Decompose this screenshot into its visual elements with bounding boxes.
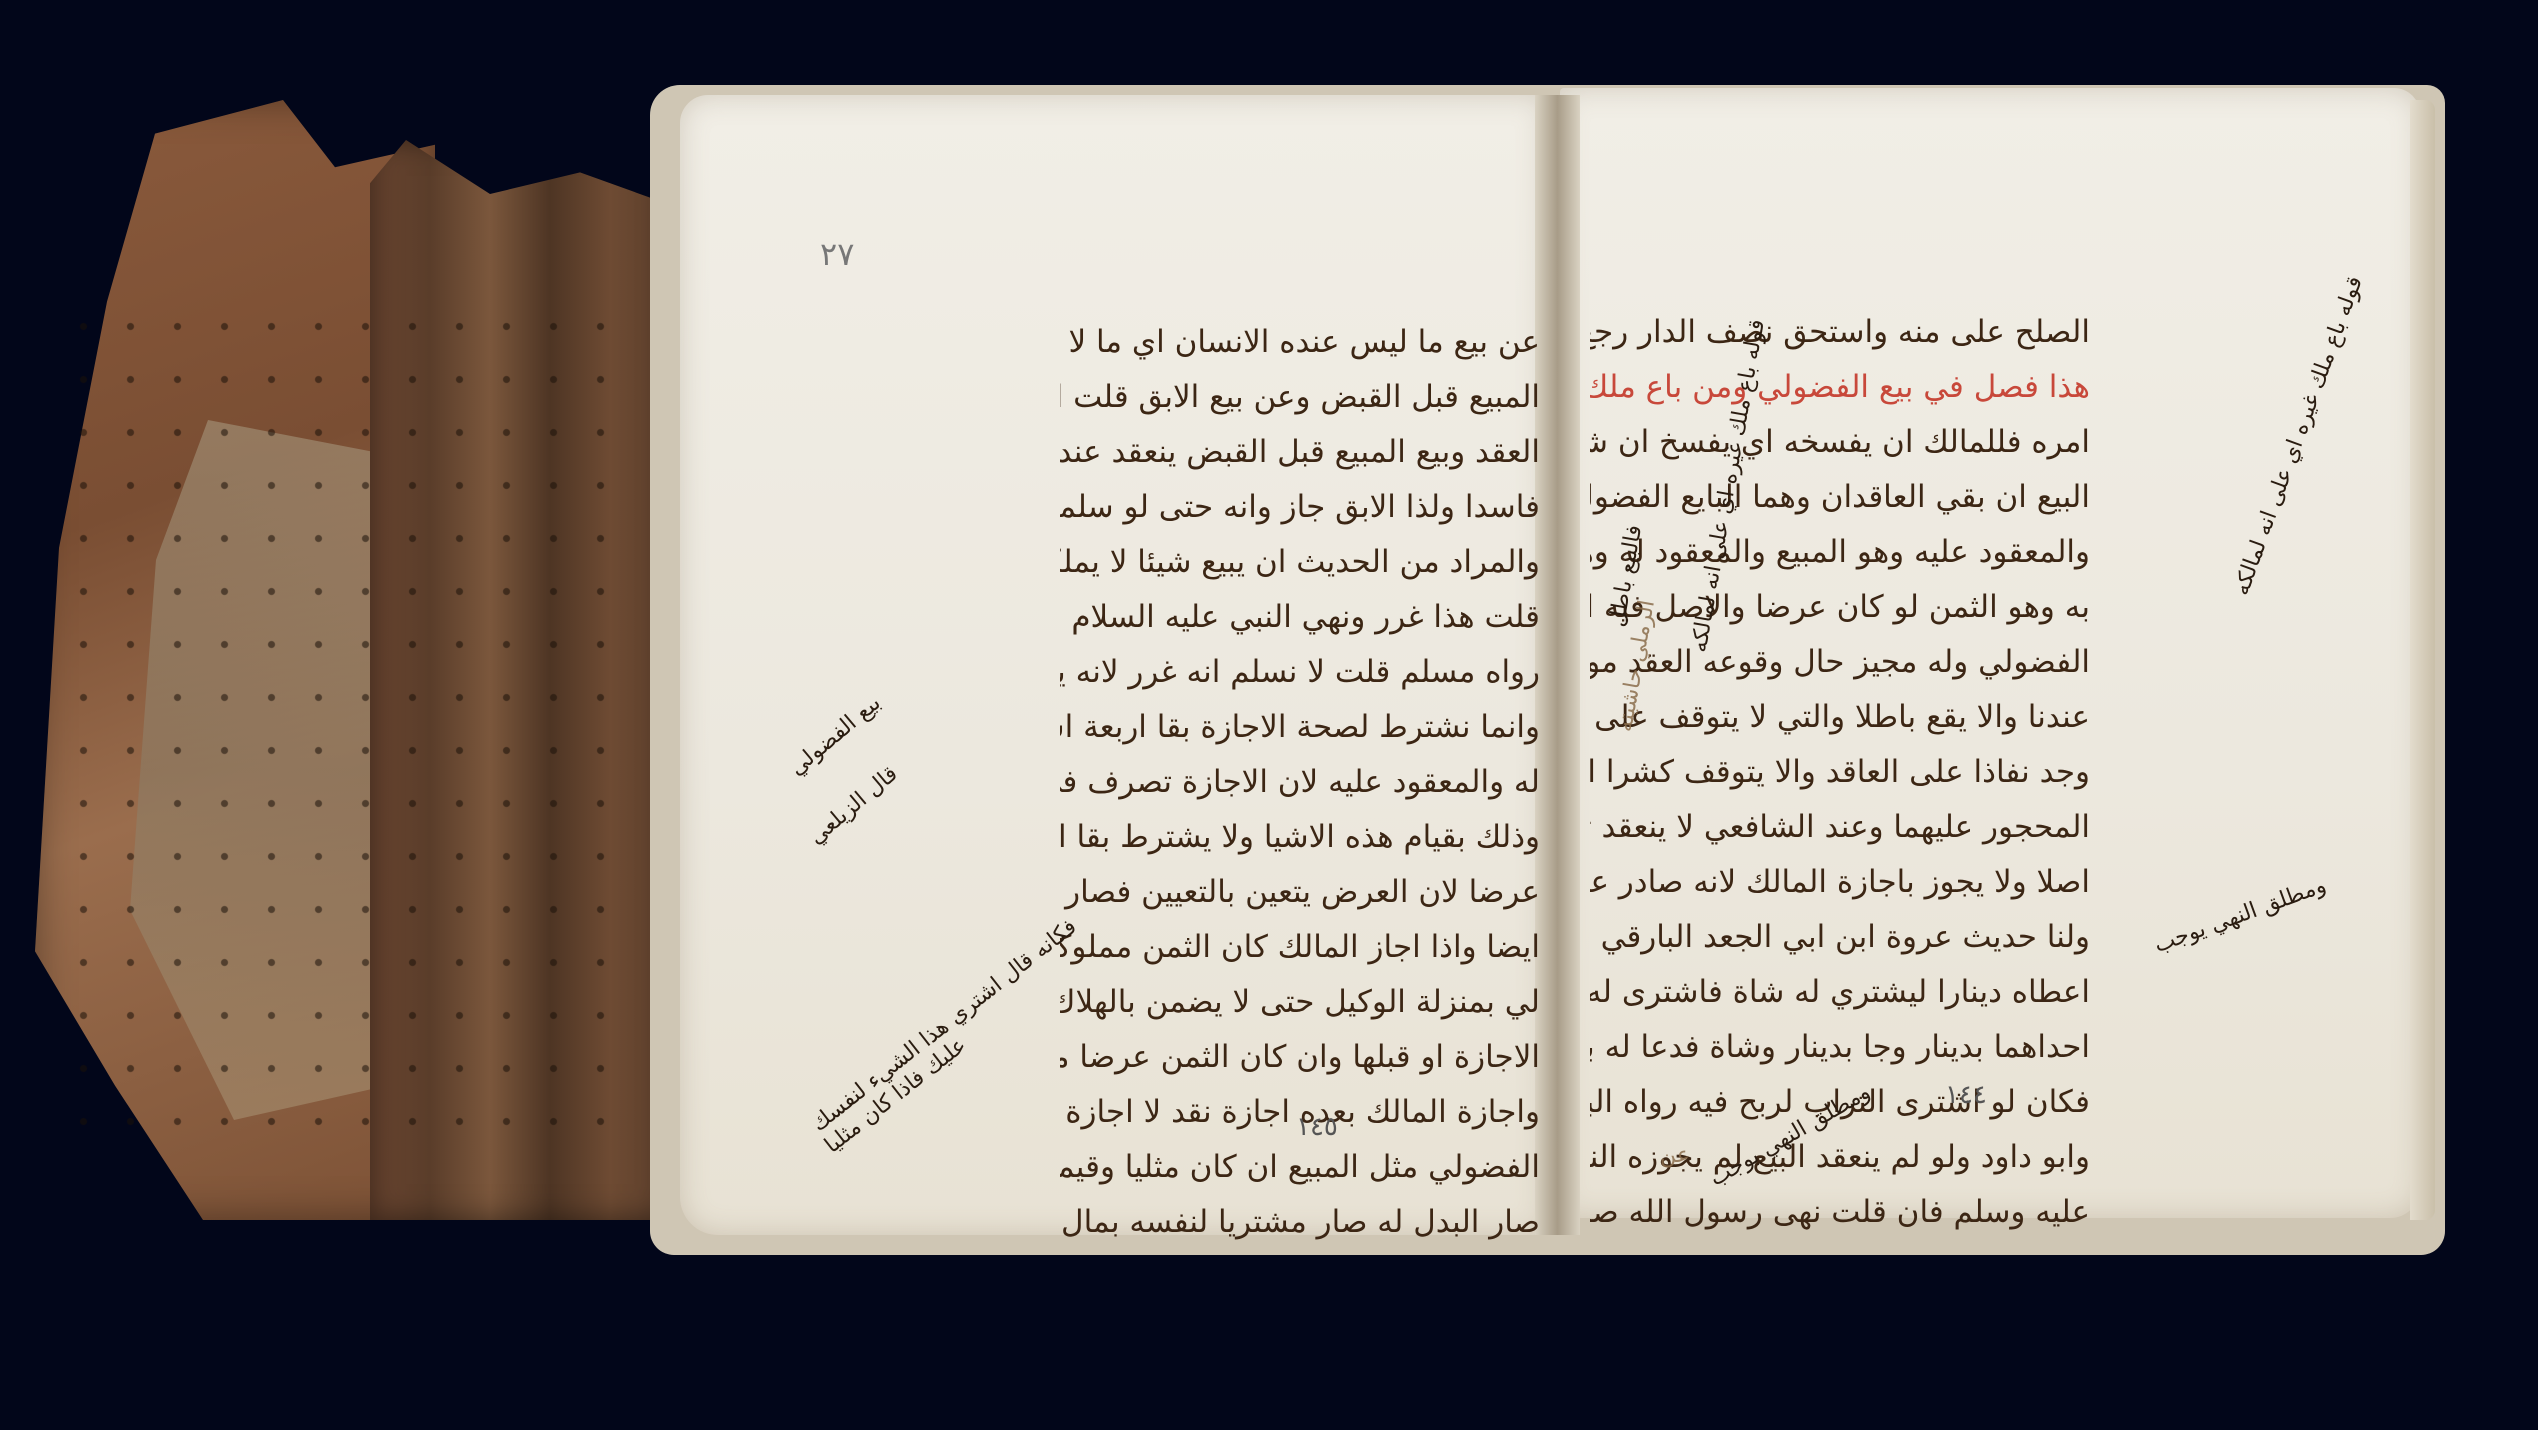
fore-edge xyxy=(2410,100,2435,1220)
text-line: ايضا واذا اجاز المالك كان الثمن مملوكا ل… xyxy=(1060,920,1540,975)
text-line: له والمعقود عليه لان الاجازة تصرف في الع… xyxy=(1060,755,1540,810)
text-line: عندنا والا يقع باطلا والتي لا يتوقف على … xyxy=(1590,690,2090,745)
text-line: الاجازة او قبلها وان كان الثمن عرضا معين… xyxy=(1060,1030,1540,1085)
left-page-main-text: عن بيع ما ليس عنده الانسان اي ما لا يملك… xyxy=(1060,315,1540,1250)
pencil-folio-mark: ٢٧ xyxy=(820,235,854,273)
text-line-rubric: هذا فصل في بيع الفضولي ومن باع ملك غيره … xyxy=(1590,360,2090,415)
text-line: الفضولي وله مجيز حال وقوعه العقد موقوفا … xyxy=(1590,635,2090,690)
text-line: امره فللمالك ان يفسخه اي يفسخ ان شاء وان… xyxy=(1590,415,2090,470)
text-line: عليه وسلم فان قلت نهى رسول الله صلى الله… xyxy=(1590,1185,2090,1240)
wormhole-damage xyxy=(60,300,620,1160)
text-line: وانما نشترط لصحة الاجازة بقا اربعة اشيا … xyxy=(1060,700,1540,755)
text-line: اعطاه دينارا ليشتري له شاة فاشترى له به … xyxy=(1590,965,2090,1020)
right-margin-note: عن xyxy=(1660,1140,1690,1172)
manuscript-photo: ٢٧ عن بيع ما ليس عنده الانسان اي ما لا ي… xyxy=(0,0,2538,1430)
text-line: المبيع قبل القبض وعن بيع الابق قلت الكلا… xyxy=(1060,370,1540,425)
text-line: الفضولي مثل المبيع ان كان مثليا وقيمته ا… xyxy=(1060,1140,1540,1195)
left-page-number: ١٤٥ xyxy=(1296,1112,1338,1142)
text-line: البيع ان بقي العاقدان وهما البايع الفضول… xyxy=(1590,470,2090,525)
text-line: به وهو الثمن لو كان عرضا والاصل فيه ان ك… xyxy=(1590,580,2090,635)
text-line: اصلا ولا يجوز باجازة المالك لانه صادر عن… xyxy=(1590,855,2090,910)
text-line: عرضا لان العرض يتعين بالتعيين فصار كالمب… xyxy=(1060,865,1540,920)
text-line: صار البدل له صار مشتريا لنفسه بمال الغير… xyxy=(1060,1195,1540,1250)
text-line: والمراد من الحديث ان يبيع شيئا لا يملكه … xyxy=(1060,535,1540,590)
text-line: لي بمنزلة الوكيل حتى لا يضمن بالهلاك في … xyxy=(1060,975,1540,1030)
text-line: وجد نفاذا على العاقد والا يتوقف كشرا الع… xyxy=(1590,745,2090,800)
book-gutter xyxy=(1535,95,1580,1235)
text-line: المحجور عليهما وعند الشافعي لا ينعقد تصر… xyxy=(1590,800,2090,855)
text-line: احداهما بدينار وجا بدينار وشاة فدعا له ب… xyxy=(1590,1020,2090,1075)
text-line: قلت هذا غرر ونهي النبي عليه السلام عن بي… xyxy=(1060,590,1540,645)
right-page-number: ١٤٤ xyxy=(1945,1080,1987,1110)
text-line: فاسدا ولذا الابق جاز وانه حتى لو سلمه بع… xyxy=(1060,480,1540,535)
text-line: وذلك بقيام هذه الاشيا ولا يشترط بقا الثم… xyxy=(1060,810,1540,865)
text-line: عن بيع ما ليس عنده الانسان اي ما لا يملك… xyxy=(1060,315,1540,370)
text-line: والمعقود عليه وهو المبيع والمعقود له وهو… xyxy=(1590,525,2090,580)
text-line: ولنا حديث عروة ابن ابي الجعد البارقي ان … xyxy=(1590,910,2090,965)
text-line: رواه مسلم قلت لا نسلم انه غرر لانه يتوقف… xyxy=(1060,645,1540,700)
text-line: الصلح على منه واستحق نصف الدار رجع بخمسي… xyxy=(1590,305,2090,360)
text-line: العقد وبيع المبيع قبل القبض ينعقد عندنا … xyxy=(1060,425,1540,480)
